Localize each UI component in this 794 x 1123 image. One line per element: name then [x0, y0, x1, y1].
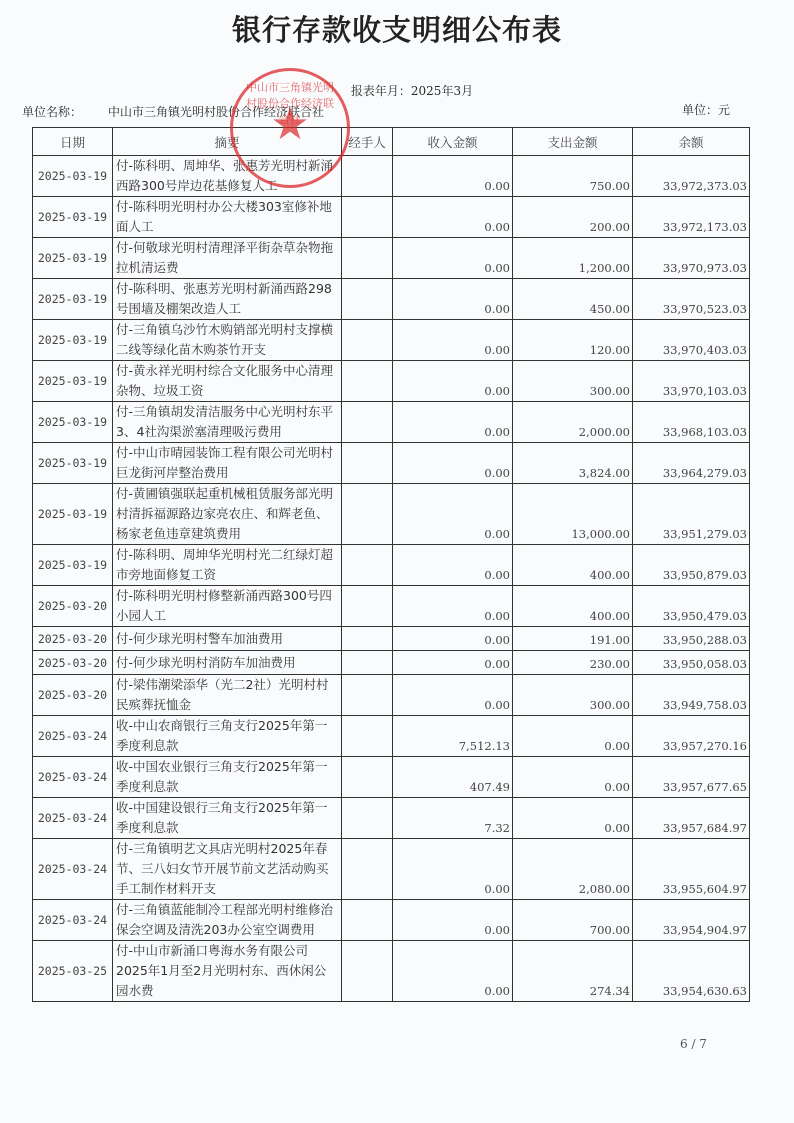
row-date: 2025-03-19 [33, 443, 113, 484]
table-row: 2025-03-24收-中国农业银行三角支行2025年第一季度利息款407.49… [33, 757, 750, 798]
row-handler [342, 279, 393, 320]
row-handler [342, 361, 393, 402]
row-summary: 付-中山市新涌口粤海水务有限公司2025年1月至2月光明村东、西休闲公园水费 [113, 941, 342, 1002]
row-expense: 0.00 [513, 798, 633, 839]
row-income: 0.00 [393, 586, 513, 627]
row-expense: 230.00 [513, 651, 633, 675]
row-handler [342, 651, 393, 675]
row-summary: 付-三角镇蓝能制冷工程部光明村维修治保会空调及清洗203办公室空调费用 [113, 900, 342, 941]
row-expense: 274.34 [513, 941, 633, 1002]
table-row: 2025-03-19付-陈科明、周坤华、张惠芳光明村新涌西路300号岸边花基修复… [33, 156, 750, 197]
table-row: 2025-03-24收-中国建设银行三角支行2025年第一季度利息款7.320.… [33, 798, 750, 839]
row-expense: 0.00 [513, 716, 633, 757]
row-date: 2025-03-20 [33, 627, 113, 651]
row-balance: 33,970,103.03 [633, 361, 750, 402]
row-handler [342, 716, 393, 757]
row-expense: 191.00 [513, 627, 633, 651]
row-expense: 750.00 [513, 156, 633, 197]
row-balance: 33,950,479.03 [633, 586, 750, 627]
row-income: 0.00 [393, 545, 513, 586]
row-summary: 收-中国建设银行三角支行2025年第一季度利息款 [113, 798, 342, 839]
row-expense: 2,080.00 [513, 839, 633, 900]
row-income: 0.00 [393, 197, 513, 238]
page-number: 6 / 7 [680, 1037, 707, 1051]
row-handler [342, 197, 393, 238]
row-summary: 付-陈科明光明村办公大楼303室修补地面人工 [113, 197, 342, 238]
table-row: 2025-03-19付-何敬球光明村清理泽平街杂草杂物拖拉机清运费0.001,2… [33, 238, 750, 279]
row-balance: 33,970,403.03 [633, 320, 750, 361]
row-handler [342, 545, 393, 586]
row-handler [342, 757, 393, 798]
currency-unit: 单位：元 [682, 101, 730, 118]
row-handler [342, 320, 393, 361]
row-handler [342, 675, 393, 716]
row-summary: 付-三角镇胡发清洁服务中心光明村东平3、4社沟渠淤塞清理吸污费用 [113, 402, 342, 443]
row-date: 2025-03-24 [33, 716, 113, 757]
row-summary: 付-何敬球光明村清理泽平街杂草杂物拖拉机清运费 [113, 238, 342, 279]
table-row: 2025-03-19付-黄永祥光明村综合文化服务中心清理杂物、垃圾工资0.003… [33, 361, 750, 402]
header-handler: 经手人 [342, 128, 393, 156]
row-balance: 33,970,973.03 [633, 238, 750, 279]
row-date: 2025-03-25 [33, 941, 113, 1002]
row-handler [342, 941, 393, 1002]
row-handler [342, 900, 393, 941]
row-expense: 200.00 [513, 197, 633, 238]
row-date: 2025-03-20 [33, 586, 113, 627]
row-date: 2025-03-19 [33, 197, 113, 238]
table-row: 2025-03-19付-三角镇乌沙竹木购销部光明村支撑横二线等绿化苗木购茶竹开支… [33, 320, 750, 361]
row-date: 2025-03-19 [33, 238, 113, 279]
table-row: 2025-03-24收-中山农商银行三角支行2025年第一季度利息款7,512.… [33, 716, 750, 757]
row-income: 0.00 [393, 279, 513, 320]
row-balance: 33,957,677.65 [633, 757, 750, 798]
row-summary: 付-陈科明、周坤华光明村光二红绿灯超市旁地面修复工资 [113, 545, 342, 586]
row-expense: 120.00 [513, 320, 633, 361]
row-balance: 33,951,279.03 [633, 484, 750, 545]
row-date: 2025-03-20 [33, 651, 113, 675]
row-date: 2025-03-24 [33, 839, 113, 900]
row-expense: 300.00 [513, 675, 633, 716]
row-income: 0.00 [393, 443, 513, 484]
unit-name: 单位名称：中山市三角镇光明村股份合作经济联合社 [22, 103, 324, 120]
table-row: 2025-03-20付-陈科明光明村修整新涌西路300号四小园人工0.00400… [33, 586, 750, 627]
row-handler [342, 238, 393, 279]
row-summary: 付-何少球光明村警车加油费用 [113, 627, 342, 651]
row-expense: 3,824.00 [513, 443, 633, 484]
report-period-label: 报表年月： [351, 84, 411, 98]
table-header-row: 日期 摘要 经手人 收入金额 支出金额 余额 [33, 128, 750, 156]
table-row: 2025-03-24付-三角镇明艺文具店光明村2025年春节、三八妇女节开展节前… [33, 839, 750, 900]
header-income: 收入金额 [393, 128, 513, 156]
row-expense: 2,000.00 [513, 402, 633, 443]
row-expense: 400.00 [513, 586, 633, 627]
row-summary: 付-梁伟潮梁添华（光二2社）光明村村民殡葬抚恤金 [113, 675, 342, 716]
row-balance: 33,968,103.03 [633, 402, 750, 443]
row-summary: 付-黄圃镇强联起重机械租赁服务部光明村清拆福源路边家亮农庄、和辉老鱼、杨家老鱼违… [113, 484, 342, 545]
row-balance: 33,955,604.97 [633, 839, 750, 900]
row-summary: 付-黄永祥光明村综合文化服务中心清理杂物、垃圾工资 [113, 361, 342, 402]
unit-name-value: 中山市三角镇光明村股份合作经济联合社 [108, 105, 324, 119]
header-date: 日期 [33, 128, 113, 156]
row-balance: 33,964,279.03 [633, 443, 750, 484]
row-handler [342, 484, 393, 545]
header-expense: 支出金额 [513, 128, 633, 156]
table-row: 2025-03-19付-中山市晴园装饰工程有限公司光明村巨龙街河岸整治费用0.0… [33, 443, 750, 484]
row-summary: 付-中山市晴园装饰工程有限公司光明村巨龙街河岸整治费用 [113, 443, 342, 484]
row-income: 0.00 [393, 238, 513, 279]
table-row: 2025-03-19付-黄圃镇强联起重机械租赁服务部光明村清拆福源路边家亮农庄、… [33, 484, 750, 545]
row-balance: 33,950,288.03 [633, 627, 750, 651]
table-row: 2025-03-19付-陈科明、周坤华光明村光二红绿灯超市旁地面修复工资0.00… [33, 545, 750, 586]
row-income: 0.00 [393, 484, 513, 545]
row-date: 2025-03-24 [33, 900, 113, 941]
row-balance: 33,950,879.03 [633, 545, 750, 586]
row-summary: 付-三角镇乌沙竹木购销部光明村支撑横二线等绿化苗木购茶竹开支 [113, 320, 342, 361]
row-income: 0.00 [393, 651, 513, 675]
header-summary: 摘要 [113, 128, 342, 156]
row-handler [342, 443, 393, 484]
row-income: 407.49 [393, 757, 513, 798]
row-balance: 33,950,058.03 [633, 651, 750, 675]
table-row: 2025-03-19付-陈科明光明村办公大楼303室修补地面人工0.00200.… [33, 197, 750, 238]
row-date: 2025-03-19 [33, 320, 113, 361]
row-date: 2025-03-19 [33, 402, 113, 443]
row-handler [342, 627, 393, 651]
row-summary: 付-陈科明、张惠芳光明村新涌西路298号围墙及棚架改造人工 [113, 279, 342, 320]
row-expense: 0.00 [513, 757, 633, 798]
row-summary: 收-中山农商银行三角支行2025年第一季度利息款 [113, 716, 342, 757]
row-summary: 付-三角镇明艺文具店光明村2025年春节、三八妇女节开展节前文艺活动购买手工制作… [113, 839, 342, 900]
row-summary: 收-中国农业银行三角支行2025年第一季度利息款 [113, 757, 342, 798]
table-row: 2025-03-24付-三角镇蓝能制冷工程部光明村维修治保会空调及清洗203办公… [33, 900, 750, 941]
row-handler [342, 402, 393, 443]
row-income: 0.00 [393, 402, 513, 443]
row-expense: 450.00 [513, 279, 633, 320]
ledger-table: 日期 摘要 经手人 收入金额 支出金额 余额 2025-03-19付-陈科明、周… [32, 127, 750, 1002]
row-balance: 33,957,270.16 [633, 716, 750, 757]
table-row: 2025-03-19付-三角镇胡发清洁服务中心光明村东平3、4社沟渠淤塞清理吸污… [33, 402, 750, 443]
table-row: 2025-03-20付-何少球光明村消防车加油费用0.00230.0033,95… [33, 651, 750, 675]
row-balance: 33,954,904.97 [633, 900, 750, 941]
row-date: 2025-03-19 [33, 484, 113, 545]
row-summary: 付-陈科明、周坤华、张惠芳光明村新涌西路300号岸边花基修复人工 [113, 156, 342, 197]
row-expense: 1,200.00 [513, 238, 633, 279]
report-period-value: 2025年3月 [411, 84, 473, 98]
header-balance: 余额 [633, 128, 750, 156]
row-summary: 付-何少球光明村消防车加油费用 [113, 651, 342, 675]
row-expense: 400.00 [513, 545, 633, 586]
row-balance: 33,970,523.03 [633, 279, 750, 320]
row-balance: 33,972,173.03 [633, 197, 750, 238]
row-balance: 33,949,758.03 [633, 675, 750, 716]
row-income: 0.00 [393, 320, 513, 361]
row-income: 0.00 [393, 361, 513, 402]
row-expense: 300.00 [513, 361, 633, 402]
row-expense: 700.00 [513, 900, 633, 941]
row-date: 2025-03-19 [33, 279, 113, 320]
row-date: 2025-03-19 [33, 361, 113, 402]
table-row: 2025-03-25付-中山市新涌口粤海水务有限公司2025年1月至2月光明村东… [33, 941, 750, 1002]
unit-name-label: 单位名称： [22, 105, 82, 119]
row-handler [342, 839, 393, 900]
row-summary: 付-陈科明光明村修整新涌西路300号四小园人工 [113, 586, 342, 627]
row-balance: 33,954,630.63 [633, 941, 750, 1002]
row-handler [342, 156, 393, 197]
row-handler [342, 798, 393, 839]
row-date: 2025-03-24 [33, 798, 113, 839]
row-income: 7.32 [393, 798, 513, 839]
row-income: 0.00 [393, 941, 513, 1002]
row-balance: 33,957,684.97 [633, 798, 750, 839]
row-date: 2025-03-19 [33, 545, 113, 586]
row-date: 2025-03-20 [33, 675, 113, 716]
table-row: 2025-03-20付-梁伟潮梁添华（光二2社）光明村村民殡葬抚恤金0.0030… [33, 675, 750, 716]
page-title: 银行存款收支明细公布表 [0, 8, 794, 49]
row-date: 2025-03-24 [33, 757, 113, 798]
report-period: 报表年月：2025年3月 [0, 82, 794, 99]
row-balance: 33,972,373.03 [633, 156, 750, 197]
row-income: 0.00 [393, 839, 513, 900]
row-income: 0.00 [393, 627, 513, 651]
row-expense: 13,000.00 [513, 484, 633, 545]
row-income: 7,512.13 [393, 716, 513, 757]
row-income: 0.00 [393, 675, 513, 716]
row-income: 0.00 [393, 156, 513, 197]
row-date: 2025-03-19 [33, 156, 113, 197]
table-row: 2025-03-20付-何少球光明村警车加油费用0.00191.0033,950… [33, 627, 750, 651]
row-income: 0.00 [393, 900, 513, 941]
row-handler [342, 586, 393, 627]
table-row: 2025-03-19付-陈科明、张惠芳光明村新涌西路298号围墙及棚架改造人工0… [33, 279, 750, 320]
